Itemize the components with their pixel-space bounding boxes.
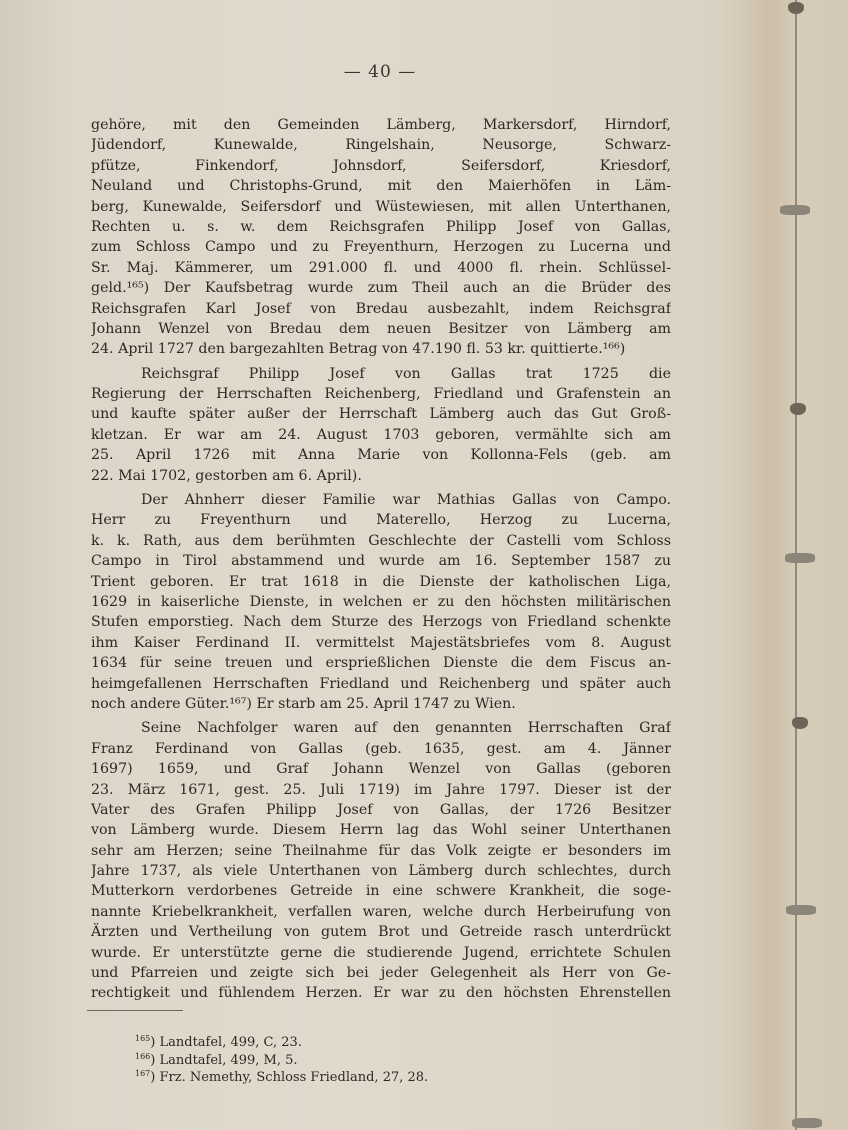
footnote-mark: 167 [135,1069,150,1078]
binding-stitch [788,2,804,14]
binding-thread [795,0,797,1130]
text-line: Franz Ferdinand von Gallas (geb. 1635, g… [91,739,671,759]
text-line: 1629 in kaiserliche Dienste, in welchen … [91,592,671,612]
page-number: — 40 — [0,62,760,82]
text-line: Vater des Grafen Philipp Josef von Galla… [91,800,671,820]
text-line: zum Schloss Campo und zu Freyenthurn, He… [91,237,671,257]
paragraph: Seine Nachfolger waren auf den genannten… [91,718,671,1003]
text-line: wurde. Er unterstützte gerne die studier… [91,943,671,963]
footnote: 165) Landtafel, 499, C, 23. [135,1030,428,1048]
text-line: Johann Wenzel von Bredau dem neuen Besit… [91,319,671,339]
text-line: ihm Kaiser Ferdinand II. vermittelst Maj… [91,633,671,653]
text-line: Reichsgraf Philipp Josef von Gallas trat… [91,364,671,384]
binding-stitch [785,553,815,563]
text-line: Rechten u. s. w. dem Reichsgrafen Philip… [91,217,671,237]
text-line: 22. Mai 1702, gestorben am 6. April). [91,466,671,486]
text-line: Mutterkorn verdorbenes Getreide in eine … [91,881,671,901]
text-line: Herr zu Freyenthurn und Materello, Herzo… [91,510,671,530]
text-line: pfütze, Finkendorf, Johnsdorf, Seifersdo… [91,156,671,176]
text-line: k. k. Rath, aus dem berühmten Geschlecht… [91,531,671,551]
text-line: 24. April 1727 den bargezahlten Betrag v… [91,339,671,359]
footnote: 167) Frz. Nemethy, Schloss Friedland, 27… [135,1065,428,1083]
body-text: gehöre, mit den Gemeinden Lämberg, Marke… [91,115,671,1004]
text-line: Stufen emporstieg. Nach dem Sturze des H… [91,612,671,632]
paragraph: Reichsgraf Philipp Josef von Gallas trat… [91,364,671,486]
text-line: 1697) 1659, und Graf Johann Wenzel von G… [91,759,671,779]
text-line: Neuland und Christophs-Grund, mit den Ma… [91,176,671,196]
text-line: kletzan. Er war am 24. August 1703 gebor… [91,425,671,445]
text-line: Reichsgrafen Karl Josef von Bredau ausbe… [91,299,671,319]
binding-stitch [792,717,808,729]
text-line: Sr. Maj. Kämmerer, um 291.000 fl. und 40… [91,258,671,278]
text-line: und Pfarreien und zeigte sich bei jeder … [91,963,671,983]
binding-stitch [780,205,810,215]
text-line: rechtigkeit und fühlendem Herzen. Er war… [91,983,671,1003]
binding-stitch [786,905,816,915]
paragraph: gehöre, mit den Gemeinden Lämberg, Marke… [91,115,671,360]
text-line: geld.¹⁶⁵) Der Kaufsbetrag wurde zum Thei… [91,278,671,298]
text-line: Jüdendorf, Kunewalde, Ringelshain, Neuso… [91,135,671,155]
text-line: Seine Nachfolger waren auf den genannten… [91,718,671,738]
footnote: 166) Landtafel, 499, M, 5. [135,1048,428,1066]
text-line: Trient geboren. Er trat 1618 in die Dien… [91,572,671,592]
binding-stitch [792,1118,822,1128]
text-line: von Lämberg wurde. Diesem Herrn lag das … [91,820,671,840]
footnotes: 165) Landtafel, 499, C, 23.166) Landtafe… [135,1030,428,1083]
footnote-mark: 165 [135,1034,150,1043]
text-line: Jahre 1737, als viele Unterthanen von Lä… [91,861,671,881]
text-line: 25. April 1726 mit Anna Marie von Kollon… [91,445,671,465]
footnote-mark: 166 [135,1052,150,1061]
footnote-divider [87,1010,183,1011]
text-line: gehöre, mit den Gemeinden Lämberg, Marke… [91,115,671,135]
text-line: 23. März 1671, gest. 25. Juli 1719) im J… [91,780,671,800]
book-page: — 40 — gehöre, mit den Gemeinden Lämberg… [0,0,848,1130]
text-line: noch andere Güter.¹⁶⁷) Er starb am 25. A… [91,694,671,714]
text-line: berg, Kunewalde, Seifersdorf und Wüstewi… [91,197,671,217]
text-line: heimgefallenen Herrschaften Friedland un… [91,674,671,694]
text-line: Regierung der Herrschaften Reichenberg, … [91,384,671,404]
footnote-text: ) Frz. Nemethy, Schloss Friedland, 27, 2… [150,1070,428,1085]
binding-stitch [790,403,806,415]
text-line: und kaufte später außer der Herrschaft L… [91,404,671,424]
text-line: sehr am Herzen; seine Theilnahme für das… [91,841,671,861]
text-line: 1634 für seine treuen und ersprießlichen… [91,653,671,673]
paragraph: Der Ahnherr dieser Familie war Mathias G… [91,490,671,714]
text-line: nannte Kriebelkrankheit, verfallen waren… [91,902,671,922]
text-line: Ärzten und Vertheilung von gutem Brot un… [91,922,671,942]
text-line: Campo in Tirol abstammend und wurde am 1… [91,551,671,571]
text-line: Der Ahnherr dieser Familie war Mathias G… [91,490,671,510]
